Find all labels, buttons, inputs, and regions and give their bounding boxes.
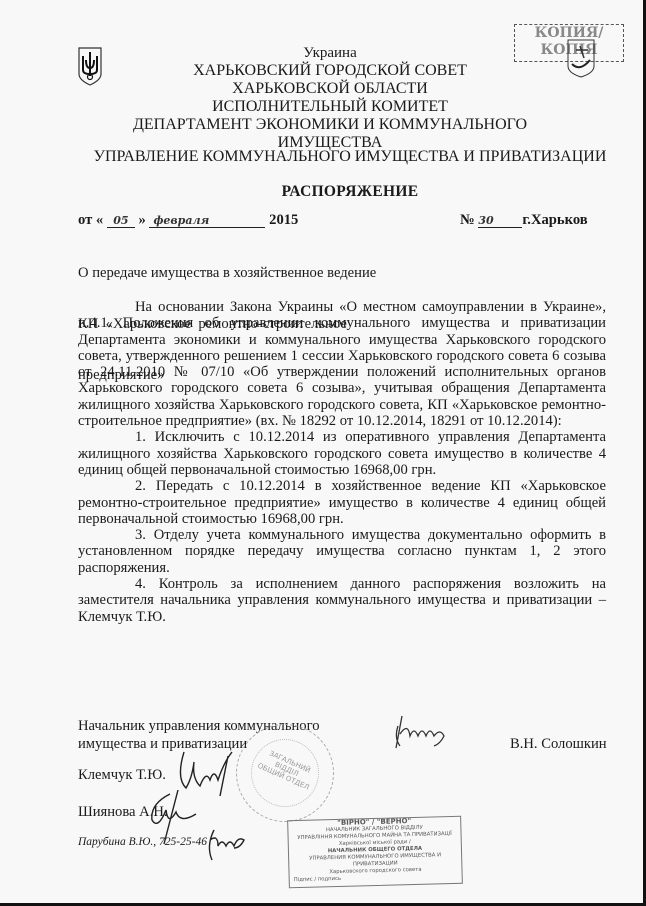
date-day: 05 (107, 214, 135, 228)
kharkiv-coat-of-arms-icon (566, 38, 596, 78)
item-1: 1. Исключить с 10.12.2014 из оперативног… (78, 429, 606, 478)
date-month: февраля (149, 214, 265, 228)
committee-label: ИСПОЛНИТЕЛЬНЫЙ КОМИТЕТ (80, 98, 580, 116)
order-number-line: № 30г.Харьков (460, 212, 588, 229)
region-label: ХАРЬКОВСКОЙ ОБЛАСТИ (80, 80, 580, 98)
item-2: 2. Передать с 10.12.2014 в хозяйственное… (78, 478, 606, 527)
city-label: г.Харьков (522, 212, 587, 228)
country-label: Украина (80, 44, 580, 62)
administration-title: УПРАВЛЕНИЕ КОММУНАЛЬНОГО ИМУЩЕСТВА И ПРИ… (60, 148, 640, 166)
date-line: от « 05 » февраля 2015 (78, 212, 298, 229)
executor-name: Парубина В.Ю., (78, 836, 156, 848)
verified-stamp: "ВІРНО" / "ВЕРНО" НАЧАЛЬНИК ЗАГАЛЬНОГО В… (287, 816, 463, 889)
executor-phone: 725-25-46 (159, 836, 207, 848)
signature-scribble-head (390, 712, 454, 752)
preamble-paragraph: На основании Закона Украины «О местном с… (78, 299, 606, 429)
header-block: Украина ХАРЬКОВСКИЙ ГОРОДСКОЙ СОВЕТ ХАРЬ… (80, 44, 580, 152)
document-body: На основании Закона Украины «О местном с… (78, 299, 606, 625)
signature-scribble-executor (204, 826, 250, 864)
item-4: 4. Контроль за исполнением данного распо… (78, 576, 606, 625)
order-number: 30 (478, 214, 522, 228)
signatory-name: В.Н. Солошкин (510, 736, 607, 753)
date-year: 2015 (269, 212, 298, 228)
document-page: Украина ХАРЬКОВСКИЙ ГОРОДСКОЙ СОВЕТ ХАРЬ… (0, 0, 646, 906)
executor-line: Парубина В.Ю., 725-25-46 (78, 836, 207, 848)
department-label: ДЕПАРТАМЕНТ ЭКОНОМИКИ И КОММУНАЛЬНОГО ИМ… (80, 116, 580, 152)
item-3: 3. Отделу учета коммунального имущества … (78, 527, 606, 576)
approval-name-1: Клемчук Т.Ю. (78, 767, 166, 784)
document-type-title: РАСПОРЯЖЕНИЕ (60, 183, 640, 201)
council-label: ХАРЬКОВСКИЙ ГОРОДСКОЙ СОВЕТ (80, 62, 580, 80)
